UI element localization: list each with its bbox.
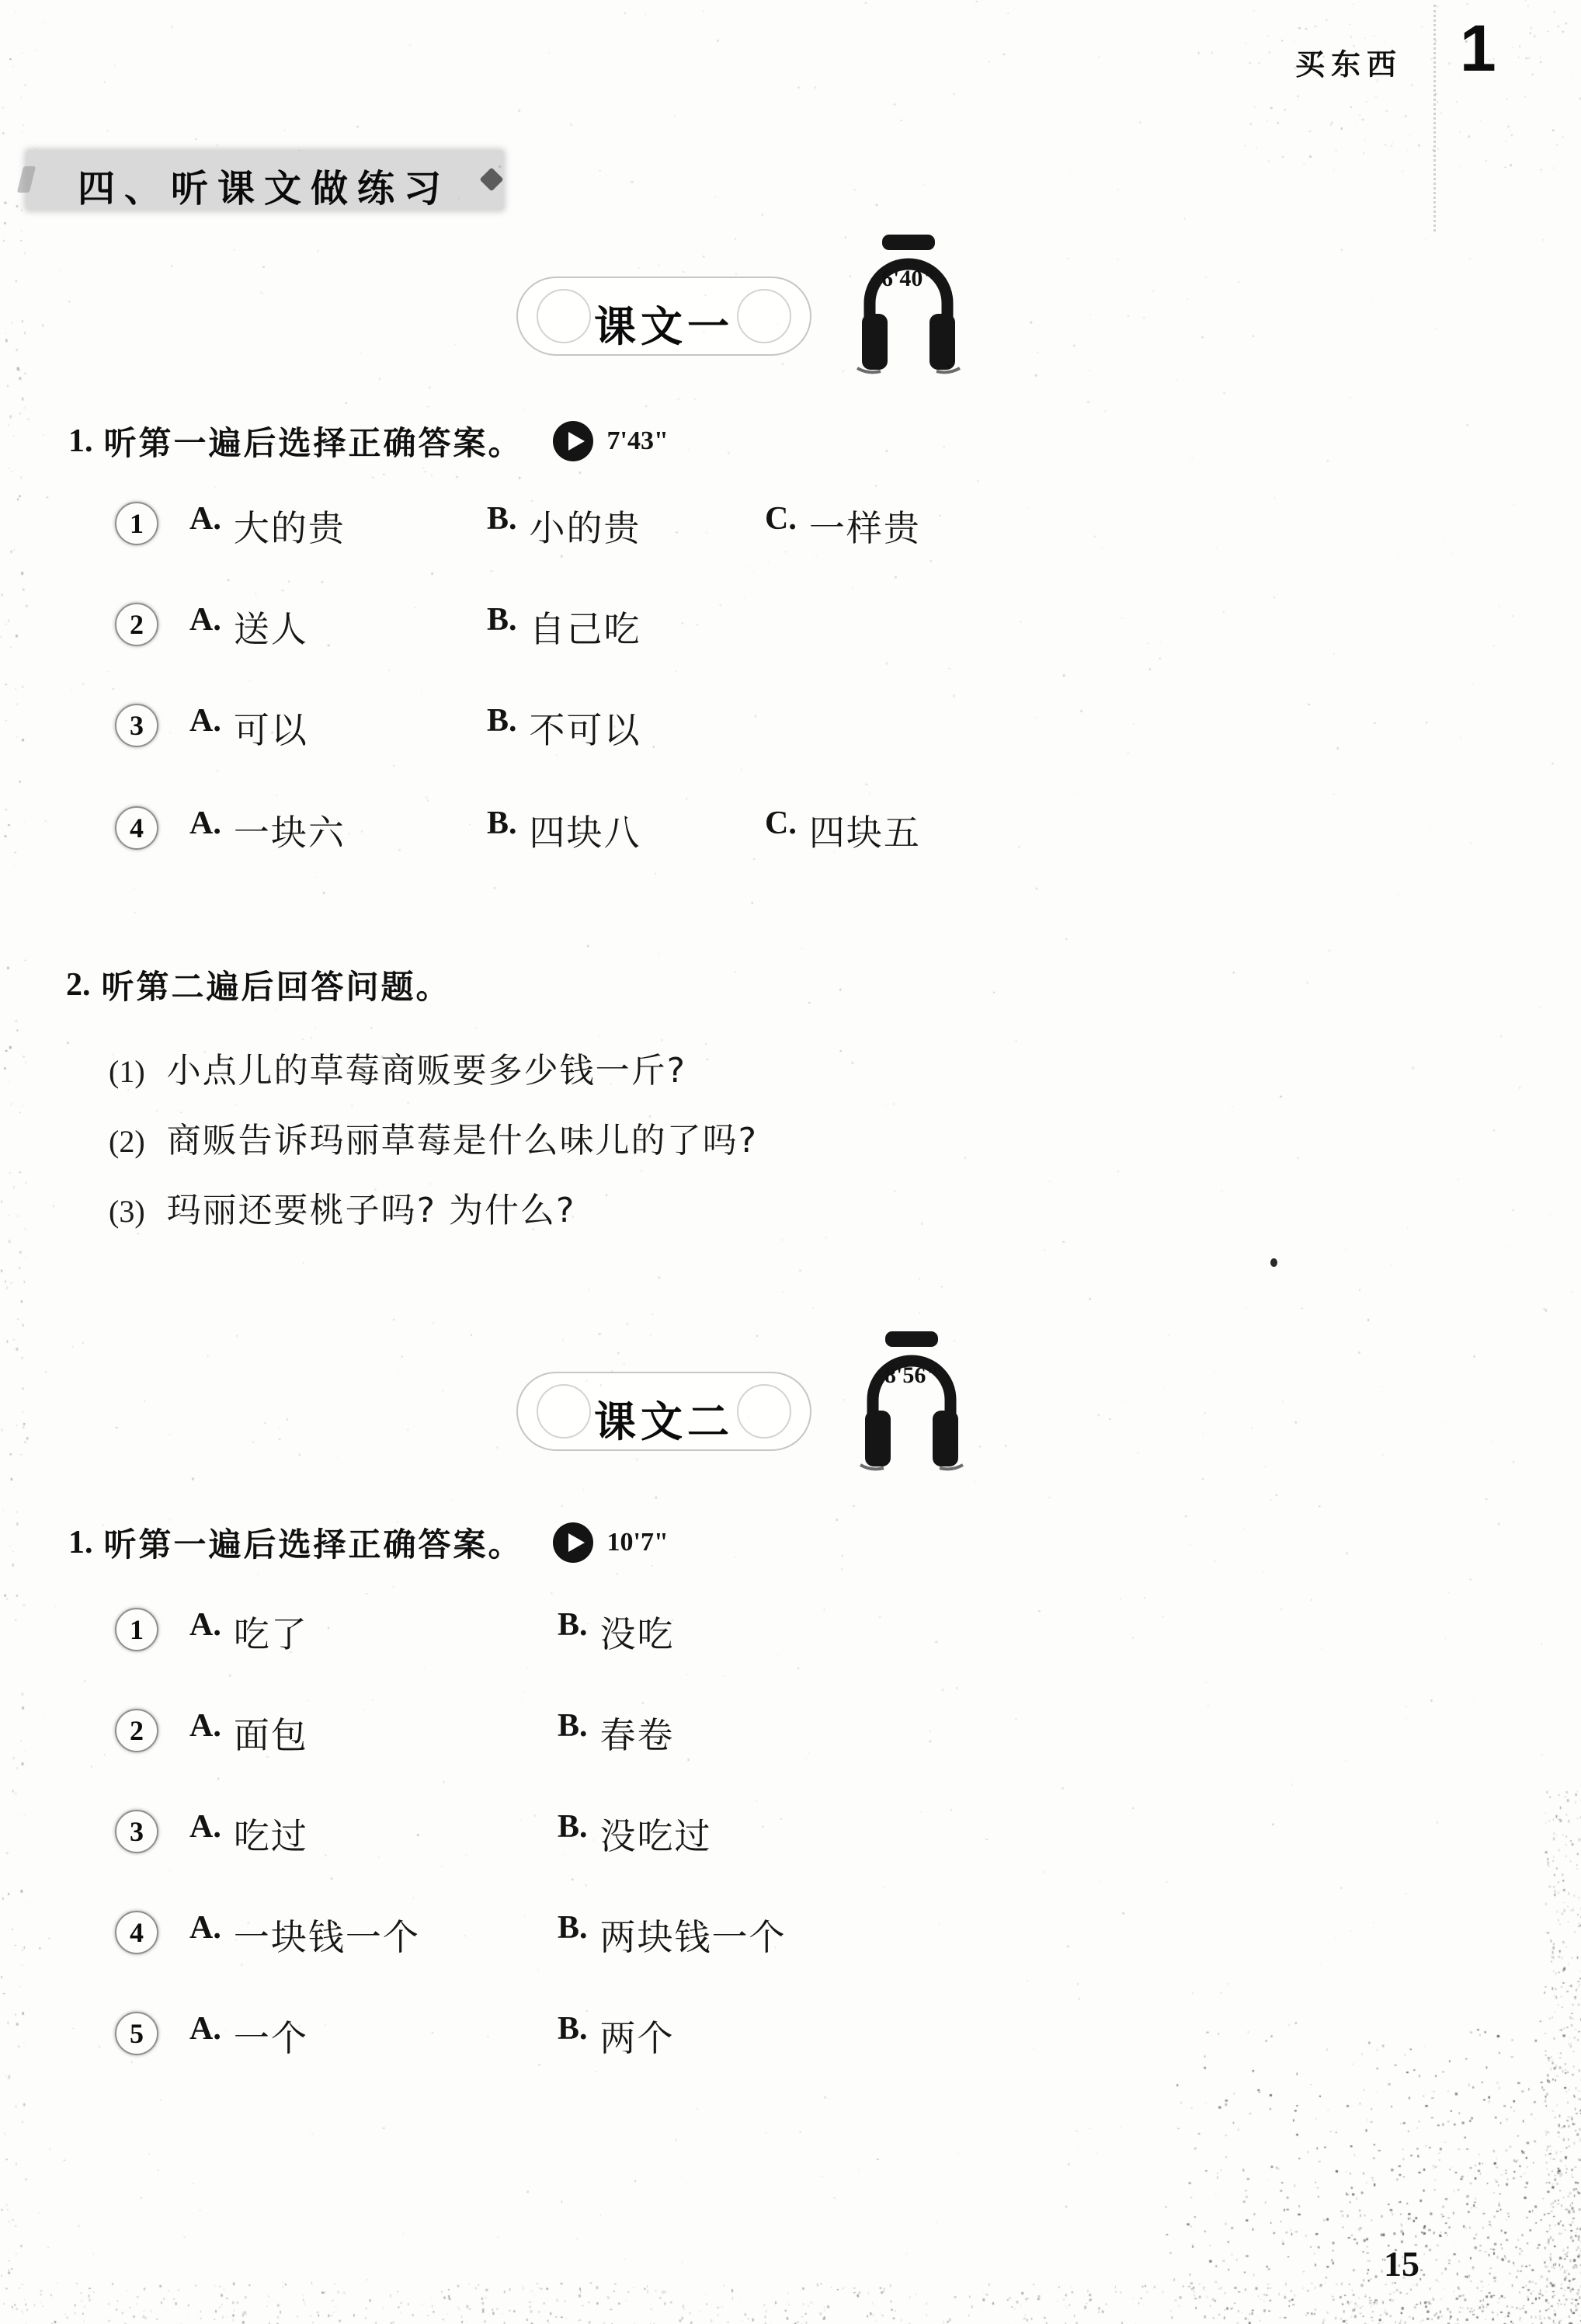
option-letter: A. (189, 702, 221, 739)
choice-row: 3 A.可以 B.不可以 (109, 701, 1429, 766)
option-b: B.四块八 (487, 805, 641, 856)
lesson1-pill-label: 课文一 (518, 294, 810, 353)
option-letter: A. (189, 1707, 221, 1745)
choice-row: 4 A.一块钱一个 B.两块钱一个 (109, 1908, 1429, 1973)
item-number-badge: 2 (115, 603, 158, 646)
item-number-badge: 2 (115, 1709, 158, 1752)
lesson2-pill-label: 课文二 (518, 1389, 810, 1449)
item-number-badge: 5 (115, 2012, 158, 2055)
option-letter: A. (189, 1909, 221, 1947)
option-text: 一个 (234, 2010, 308, 2061)
choice-row: 4 A.一块六 B.四块八 C.四块五 (109, 803, 1429, 868)
option-b: B.不可以 (487, 702, 641, 753)
option-c: C.一样贵 (765, 500, 921, 551)
option-a: A.吃了 (189, 1606, 308, 1658)
option-b: B.两块钱一个 (558, 1909, 787, 1960)
play-icon (553, 421, 593, 461)
option-letter: A. (189, 500, 221, 538)
option-text: 四块八 (530, 805, 641, 856)
option-text: 大的贵 (234, 500, 346, 551)
lesson1-task1-line: 1. 听第一遍后选择正确答案。 7'43" (68, 418, 669, 464)
sub-question: (1) 小点儿的草莓商贩要多少钱一斤? (109, 1042, 686, 1092)
option-b: B.没吃过 (558, 1808, 712, 1860)
choice-row: 3 A.吃过 B.没吃过 (109, 1807, 1429, 1872)
option-letter: B. (558, 1606, 588, 1644)
option-text: 吃过 (234, 1808, 308, 1860)
task-instruction: 听第二遍后回答问题。 (102, 962, 451, 1008)
option-text: 春卷 (600, 1707, 675, 1759)
item-number-badge: 4 (115, 1911, 158, 1954)
option-letter: B. (487, 805, 517, 842)
option-text: 两块钱一个 (600, 1909, 787, 1960)
headphones-glyph (854, 235, 963, 374)
section-banner: 四、听课文做练习 (26, 151, 503, 210)
choice-row: 1 A.大的贵 B.小的贵 C.一样贵 (109, 499, 1429, 564)
option-text: 可以 (234, 702, 308, 753)
headphones-icon: 6'40" (854, 235, 963, 374)
option-letter: A. (189, 805, 221, 842)
sub-question-text: 小点儿的草莓商贩要多少钱一斤? (167, 1042, 686, 1092)
option-letter: A. (189, 1606, 221, 1644)
play-time: 7'43" (607, 426, 669, 456)
option-text: 自己吃 (530, 601, 641, 652)
banner-left-smudge (17, 166, 36, 193)
option-b: B.自己吃 (487, 601, 641, 652)
lesson2-duration: 8'56" (857, 1362, 966, 1389)
option-a: A.大的贵 (189, 500, 346, 551)
option-letter: B. (558, 1909, 588, 1947)
option-text: 一块六 (234, 805, 346, 856)
option-a: A.可以 (189, 702, 308, 753)
option-a: A.面包 (189, 1707, 308, 1759)
lesson1-task2-line: 2. 听第二遍后回答问题。 (66, 962, 451, 1008)
option-text: 不可以 (530, 702, 641, 753)
page-number: 15 (1384, 2243, 1419, 2284)
banner-arrow-mark (479, 167, 503, 191)
sub-question: (3) 玛丽还要桃子吗? 为什么? (109, 1182, 575, 1232)
option-b: B.没吃 (558, 1606, 675, 1658)
item-number-badge: 4 (115, 806, 158, 850)
lesson2-pill: 课文二 (516, 1372, 811, 1451)
option-text: 一块钱一个 (234, 1909, 420, 1960)
option-letter: B. (487, 500, 517, 538)
lesson2-task1-line: 1. 听第一遍后选择正确答案。 10'7" (68, 1519, 669, 1566)
sub-question-number: (1) (109, 1053, 145, 1090)
choice-row: 5 A.一个 B.两个 (109, 2009, 1429, 2074)
lesson1-pill: 课文一 (516, 277, 811, 356)
play-icon (553, 1522, 593, 1563)
unit-title: 买东西 (1295, 40, 1402, 83)
unit-number: 1 (1460, 11, 1496, 86)
item-number-badge: 3 (115, 704, 158, 747)
option-letter: C. (765, 500, 797, 538)
item-number-badge: 1 (115, 502, 158, 545)
lesson1-duration: 6'40" (854, 266, 963, 292)
headphones-glyph (857, 1331, 966, 1471)
option-a: A.送人 (189, 601, 308, 652)
option-c: C.四块五 (765, 805, 921, 856)
section-title: 四、听课文做练习 (78, 158, 450, 212)
option-letter: A. (189, 1808, 221, 1846)
option-a: A.一块钱一个 (189, 1909, 420, 1960)
option-letter: B. (558, 1707, 588, 1745)
option-text: 没吃过 (600, 1808, 712, 1860)
sub-question-text: 商贩告诉玛丽草莓是什么味儿的了吗? (167, 1112, 758, 1162)
option-letter: A. (189, 2010, 221, 2047)
task-number: 2. (66, 966, 91, 1004)
option-a: A.吃过 (189, 1808, 308, 1860)
sub-question-number: (2) (109, 1123, 145, 1160)
option-text: 吃了 (234, 1606, 308, 1658)
sub-question: (2) 商贩告诉玛丽草莓是什么味儿的了吗? (109, 1112, 758, 1162)
task-number: 1. (68, 423, 93, 460)
option-a: A.一个 (189, 2010, 308, 2061)
choice-row: 2 A.送人 B.自己吃 (109, 600, 1429, 665)
option-text: 面包 (234, 1707, 308, 1759)
play-time: 10'7" (607, 1528, 669, 1557)
option-text: 小的贵 (530, 500, 641, 551)
option-b: B.春卷 (558, 1707, 675, 1759)
ink-speck (1270, 1258, 1277, 1267)
task-instruction: 听第一遍后选择正确答案。 (104, 1519, 523, 1566)
option-letter: B. (558, 1808, 588, 1846)
scanned-workbook-page: 买东西 1 四、听课文做练习 课文一 6'40" 1. 听第一遍后选择正确答案。… (0, 0, 1581, 2324)
option-b: B.两个 (558, 2010, 675, 2061)
task-number: 1. (68, 1524, 93, 1561)
task-instruction: 听第一遍后选择正确答案。 (104, 418, 523, 464)
headphones-icon: 8'56" (857, 1331, 966, 1471)
choice-row: 2 A.面包 B.春卷 (109, 1706, 1429, 1771)
option-letter: C. (765, 805, 797, 842)
option-a: A.一块六 (189, 805, 346, 856)
header-divider (1433, 5, 1436, 231)
option-text: 送人 (234, 601, 308, 652)
option-text: 没吃 (600, 1606, 675, 1658)
option-letter: A. (189, 601, 221, 638)
item-number-badge: 1 (115, 1608, 158, 1651)
option-text: 两个 (600, 2010, 675, 2061)
choice-row: 1 A.吃了 B.没吃 (109, 1605, 1429, 1670)
option-text: 一样贵 (809, 500, 921, 551)
sub-question-text: 玛丽还要桃子吗? 为什么? (167, 1182, 576, 1232)
option-letter: B. (487, 601, 517, 638)
option-letter: B. (487, 702, 517, 739)
option-b: B.小的贵 (487, 500, 641, 551)
sub-question-number: (3) (109, 1193, 145, 1230)
option-letter: B. (558, 2010, 588, 2047)
option-text: 四块五 (809, 805, 921, 856)
item-number-badge: 3 (115, 1810, 158, 1853)
